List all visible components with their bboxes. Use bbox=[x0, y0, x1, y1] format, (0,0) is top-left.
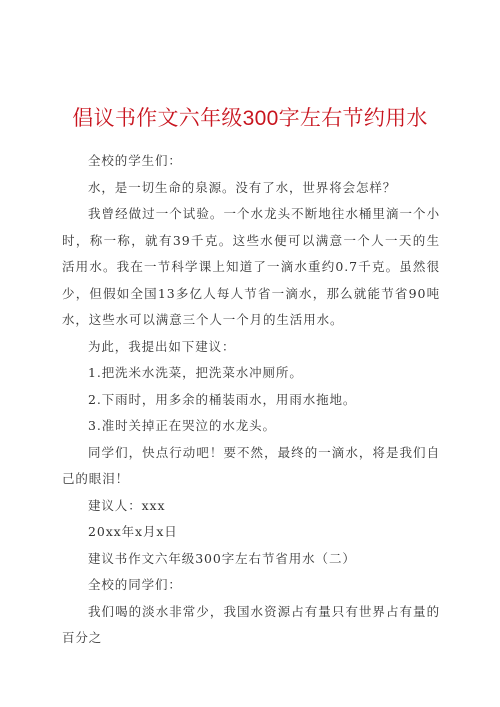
document-body: 全校的学生们： 水，是一切生命的泉源。没有了水，世界将会怎样？ 我曾经做过一个试… bbox=[62, 148, 440, 652]
salutation: 全校的学生们： bbox=[62, 148, 440, 175]
section-heading-2: 建议书作文六年级300字左右节省用水（二） bbox=[62, 546, 440, 573]
suggestion-2: 2.下雨时，用多余的桶装雨水，用雨水拖地。 bbox=[62, 387, 440, 414]
document-page: 倡议书作文六年级300字左右节约用水 全校的学生们： 水，是一切生命的泉源。没有… bbox=[0, 0, 500, 707]
suggestion-3: 3.准时关掉正在哭泣的水龙头。 bbox=[62, 413, 440, 440]
document-title: 倡议书作文六年级300字左右节约用水 bbox=[0, 104, 500, 134]
signature-date: 20xx年x月x日 bbox=[62, 519, 440, 546]
paragraph-intro: 水，是一切生命的泉源。没有了水，世界将会怎样？ bbox=[62, 175, 440, 202]
salutation-2: 全校的同学们： bbox=[62, 572, 440, 599]
paragraph-proposal-lead: 为此，我提出如下建议： bbox=[62, 334, 440, 361]
suggestion-1: 1.把洗米水洗菜，把洗菜水冲厕所。 bbox=[62, 360, 440, 387]
paragraph-fresh-water: 我们喝的淡水非常少，我国水资源占有量只有世界占有量的百分之 bbox=[62, 599, 440, 652]
paragraph-call-to-action: 同学们，快点行动吧！要不然，最终的一滴水，将是我们自己的眼泪！ bbox=[62, 440, 440, 493]
signature-proposer: 建议人：xxx bbox=[62, 493, 440, 520]
paragraph-experiment: 我曾经做过一个试验。一个水龙头不断地往水桶里滴一个小时，称一称，就有39千克。这… bbox=[62, 201, 440, 334]
